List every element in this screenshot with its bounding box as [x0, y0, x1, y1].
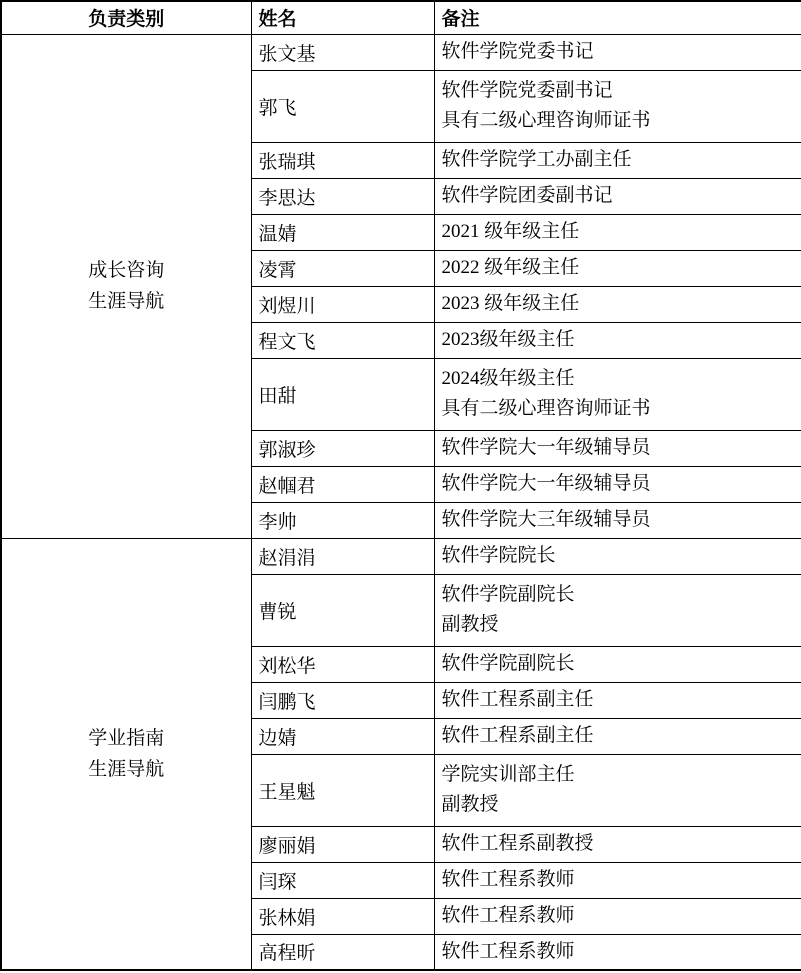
name-cell: 温婧 — [251, 214, 434, 250]
note-line: 2024级年级主任 — [442, 364, 795, 394]
note-line: 软件工程系副主任 — [442, 721, 795, 751]
name-cell: 张林娟 — [251, 898, 434, 934]
category-cell: 学业指南生涯导航 — [1, 538, 251, 970]
note-line: 软件工程系教师 — [442, 865, 795, 895]
note-cell: 软件学院大三年级辅导员 — [434, 502, 801, 538]
note-cell: 2023级年级主任 — [434, 322, 801, 358]
name-cell: 程文飞 — [251, 322, 434, 358]
note-cell: 软件工程系副主任 — [434, 718, 801, 754]
note-line: 软件工程系教师 — [442, 901, 795, 931]
header-name: 姓名 — [251, 1, 434, 34]
name-cell: 高程昕 — [251, 934, 434, 970]
note-line: 软件工程系教师 — [442, 937, 795, 967]
name-cell: 郭淑珍 — [251, 430, 434, 466]
category-line: 学业指南 — [6, 723, 247, 754]
note-line: 副教授 — [442, 790, 795, 820]
note-line: 软件学院大三年级辅导员 — [442, 505, 795, 535]
note-line: 具有二级心理咨询师证书 — [442, 394, 795, 424]
note-line: 学院实训部主任 — [442, 760, 795, 790]
note-cell: 软件工程系副主任 — [434, 682, 801, 718]
note-cell: 2023 级年级主任 — [434, 286, 801, 322]
note-line: 软件学院团委副书记 — [442, 181, 795, 211]
name-cell: 李帅 — [251, 502, 434, 538]
table-body: 成长咨询生涯导航张文基软件学院党委书记郭飞软件学院党委副书记具有二级心理咨询师证… — [1, 34, 801, 970]
note-line: 2023级年级主任 — [442, 325, 795, 355]
note-cell: 软件学院大一年级辅导员 — [434, 466, 801, 502]
name-cell: 刘松华 — [251, 646, 434, 682]
note-cell: 学院实训部主任副教授 — [434, 754, 801, 826]
note-cell: 2024级年级主任具有二级心理咨询师证书 — [434, 358, 801, 430]
name-cell: 郭飞 — [251, 70, 434, 142]
category-line: 生涯导航 — [6, 754, 247, 785]
note-line: 软件学院大一年级辅导员 — [442, 469, 795, 499]
note-line: 软件学院院长 — [442, 541, 795, 571]
note-line: 2023 级年级主任 — [442, 289, 795, 319]
note-line: 软件学院党委书记 — [442, 37, 795, 67]
note-line: 软件学院副院长 — [442, 580, 795, 610]
note-line: 软件学院大一年级辅导员 — [442, 433, 795, 463]
note-cell: 软件学院团委副书记 — [434, 178, 801, 214]
note-line: 2022 级年级主任 — [442, 253, 795, 283]
note-cell: 软件学院院长 — [434, 538, 801, 574]
header-category: 负责类别 — [1, 1, 251, 34]
name-cell: 刘煜川 — [251, 286, 434, 322]
note-cell: 软件学院党委书记 — [434, 34, 801, 70]
note-cell: 软件学院党委副书记具有二级心理咨询师证书 — [434, 70, 801, 142]
note-cell: 2022 级年级主任 — [434, 250, 801, 286]
note-line: 软件学院学工办副主任 — [442, 145, 795, 175]
note-cell: 软件工程系教师 — [434, 898, 801, 934]
note-cell: 软件工程系副教授 — [434, 826, 801, 862]
header-note: 备注 — [434, 1, 801, 34]
name-cell: 李思达 — [251, 178, 434, 214]
name-cell: 凌霄 — [251, 250, 434, 286]
note-cell: 软件学院副院长副教授 — [434, 574, 801, 646]
note-line: 软件学院党委副书记 — [442, 76, 795, 106]
note-line: 副教授 — [442, 610, 795, 640]
note-cell: 软件工程系教师 — [434, 934, 801, 970]
note-cell: 2021 级年级主任 — [434, 214, 801, 250]
name-cell: 曹锐 — [251, 574, 434, 646]
name-cell: 闫鹏飞 — [251, 682, 434, 718]
table-header-row: 负责类别 姓名 备注 — [1, 1, 801, 34]
note-line: 具有二级心理咨询师证书 — [442, 106, 795, 136]
note-cell: 软件学院副院长 — [434, 646, 801, 682]
note-line: 软件工程系副教授 — [442, 829, 795, 859]
name-cell: 边婧 — [251, 718, 434, 754]
table-row: 成长咨询生涯导航张文基软件学院党委书记 — [1, 34, 801, 70]
note-line: 2021 级年级主任 — [442, 217, 795, 247]
table-row: 学业指南生涯导航赵涓涓软件学院院长 — [1, 538, 801, 574]
name-cell: 赵帼君 — [251, 466, 434, 502]
staff-roster-table: 负责类别 姓名 备注 成长咨询生涯导航张文基软件学院党委书记郭飞软件学院党委副书… — [0, 0, 801, 971]
name-cell: 闫琛 — [251, 862, 434, 898]
note-cell: 软件工程系教师 — [434, 862, 801, 898]
note-line: 软件工程系副主任 — [442, 685, 795, 715]
category-line: 生涯导航 — [6, 286, 247, 317]
name-cell: 赵涓涓 — [251, 538, 434, 574]
name-cell: 田甜 — [251, 358, 434, 430]
name-cell: 廖丽娟 — [251, 826, 434, 862]
note-cell: 软件学院学工办副主任 — [434, 142, 801, 178]
name-cell: 张文基 — [251, 34, 434, 70]
category-line: 成长咨询 — [6, 255, 247, 286]
name-cell: 张瑞琪 — [251, 142, 434, 178]
category-cell: 成长咨询生涯导航 — [1, 34, 251, 538]
note-line: 软件学院副院长 — [442, 649, 795, 679]
note-cell: 软件学院大一年级辅导员 — [434, 430, 801, 466]
name-cell: 王星魁 — [251, 754, 434, 826]
